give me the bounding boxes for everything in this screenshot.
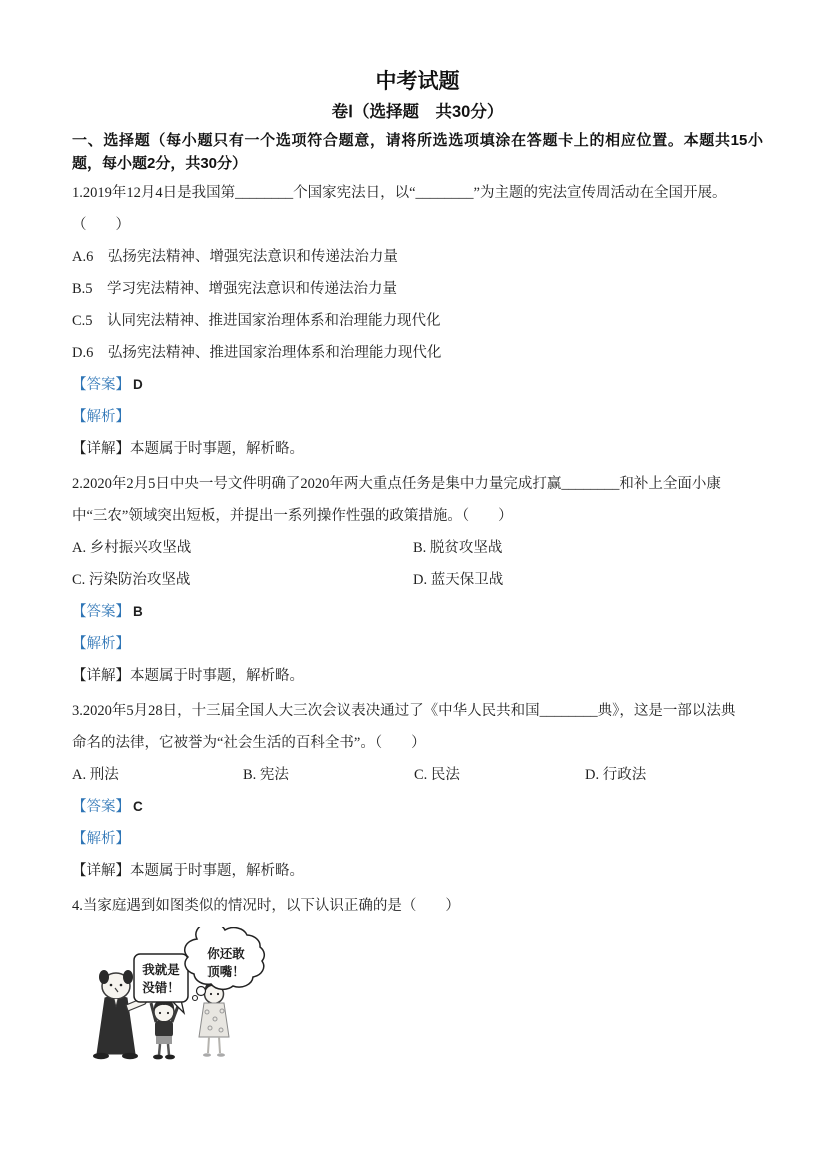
question-2-detail-row: 【详解】本题属于时事题，解析略。 [72, 660, 763, 692]
answer-label: 【答案】 [72, 604, 130, 620]
question-1-answer-row: 【答案】D [72, 369, 763, 401]
question-3-option-a: A. 刑法 [72, 759, 243, 791]
question-1-answer: D [133, 377, 143, 392]
question-3-option-b: B. 宪法 [243, 759, 414, 791]
family-argument-cartoon: 我就是 没错！ 你还敢 顶嘴！ [85, 927, 270, 1064]
question-3-option-c: C. 民法 [414, 759, 585, 791]
question-2-option-b: B. 脱贫攻坚战 [413, 532, 754, 564]
question-3-answer-row: 【答案】C [72, 791, 763, 823]
question-2-stem-line2: 中“三农”领域突出短板，并提出一系列操作性强的政策措施。（ ） [72, 500, 763, 532]
question-3-detail: 本题属于时事题，解析略。 [130, 863, 304, 879]
question-2-option-a: A. 乡村振兴攻坚战 [72, 532, 413, 564]
question-2-options-row1: A. 乡村振兴攻坚战B. 脱贫攻坚战 [72, 532, 763, 564]
question-3-option-d: D. 行政法 [585, 759, 756, 791]
question-2-detail: 本题属于时事题，解析略。 [130, 668, 304, 684]
question-1-option-c: C.5 认同宪法精神、推进国家治理体系和治理能力现代化 [72, 305, 763, 337]
question-2-stem-line1: 2.2020年2月5日中央一号文件明确了2020年两大重点任务是集中力量完成打赢… [72, 468, 763, 500]
detail-label: 【详解】 [72, 863, 130, 879]
question-1-stem: 1.2019年12月4日是我国第________个国家宪法日，以“_______… [72, 177, 763, 209]
question-3-stem-line2: 命名的法律，它被誉为“社会生活的百科全书”。（ ） [72, 727, 763, 759]
answer-label: 【答案】 [72, 377, 130, 393]
question-3: 3.2020年5月28日，十三届全国人大三次会议表决通过了《中华人民共和国___… [72, 695, 763, 887]
question-4: 4.当家庭遇到如图类似的情况时，以下认识正确的是（ ） [72, 890, 763, 1064]
question-1-detail-row: 【详解】本题属于时事题，解析略。 [72, 433, 763, 465]
mother-bubble-text-line1: 你还敢 [207, 946, 245, 961]
question-2-answer: B [133, 604, 143, 619]
document-content: 中考试题 卷Ⅰ（选择题 共30分） 一、选择题（每小题只有一个选项符合题意，请将… [0, 0, 827, 1064]
question-2-option-d: D. 蓝天保卫战 [413, 564, 754, 596]
analysis-label: 【解析】 [72, 409, 130, 425]
child-bubble-text-line1: 我就是 [142, 962, 180, 977]
question-1-detail: 本题属于时事题，解析略。 [130, 441, 304, 457]
question-1-paren: （ ） [72, 209, 763, 241]
page-title: 中考试题 [72, 68, 763, 95]
mother-cloud-bubble: 你还敢 顶嘴！ [185, 927, 265, 1001]
question-2-options-row2: C. 污染防治攻坚战D. 蓝天保卫战 [72, 564, 763, 596]
section-instructions: 一、选择题（每小题只有一个选项符合题意，请将所选选项填涂在答题卡上的相应位置。本… [72, 129, 763, 175]
answer-label: 【答案】 [72, 799, 130, 815]
exam-document-page: 中考试题 卷Ⅰ（选择题 共30分） 一、选择题（每小题只有一个选项符合题意，请将… [0, 0, 827, 1169]
question-3-options-row: A. 刑法B. 宪法C. 民法D. 行政法 [72, 759, 763, 791]
question-3-answer: C [133, 799, 143, 814]
detail-label: 【详解】 [72, 668, 130, 684]
mother-bubble-text-line2: 顶嘴！ [207, 964, 245, 979]
detail-label: 【详解】 [72, 441, 130, 457]
question-1-analysis-row: 【解析】 [72, 401, 763, 433]
child-figure [151, 1000, 178, 1059]
child-bubble-text-line2: 没错！ [142, 980, 180, 995]
section-subtitle: 卷Ⅰ（选择题 共30分） [72, 101, 763, 124]
question-3-analysis-row: 【解析】 [72, 823, 763, 855]
analysis-label: 【解析】 [72, 636, 130, 652]
question-1-option-d: D.6 弘扬宪法精神、推进国家治理体系和治理能力现代化 [72, 337, 763, 369]
question-2-option-c: C. 污染防治攻坚战 [72, 564, 413, 596]
question-4-stem: 4.当家庭遇到如图类似的情况时，以下认识正确的是（ ） [72, 890, 763, 922]
question-1: 1.2019年12月4日是我国第________个国家宪法日，以“_______… [72, 177, 763, 465]
question-2-answer-row: 【答案】B [72, 596, 763, 628]
question-3-detail-row: 【详解】本题属于时事题，解析略。 [72, 855, 763, 887]
question-2-analysis-row: 【解析】 [72, 628, 763, 660]
question-3-stem-line1: 3.2020年5月28日，十三届全国人大三次会议表决通过了《中华人民共和国___… [72, 695, 763, 727]
question-1-option-a: A.6 弘扬宪法精神、增强宪法意识和传递法治力量 [72, 241, 763, 273]
analysis-label: 【解析】 [72, 831, 130, 847]
question-1-option-b: B.5 学习宪法精神、增强宪法意识和传递法治力量 [72, 273, 763, 305]
question-2: 2.2020年2月5日中央一号文件明确了2020年两大重点任务是集中力量完成打赢… [72, 468, 763, 692]
